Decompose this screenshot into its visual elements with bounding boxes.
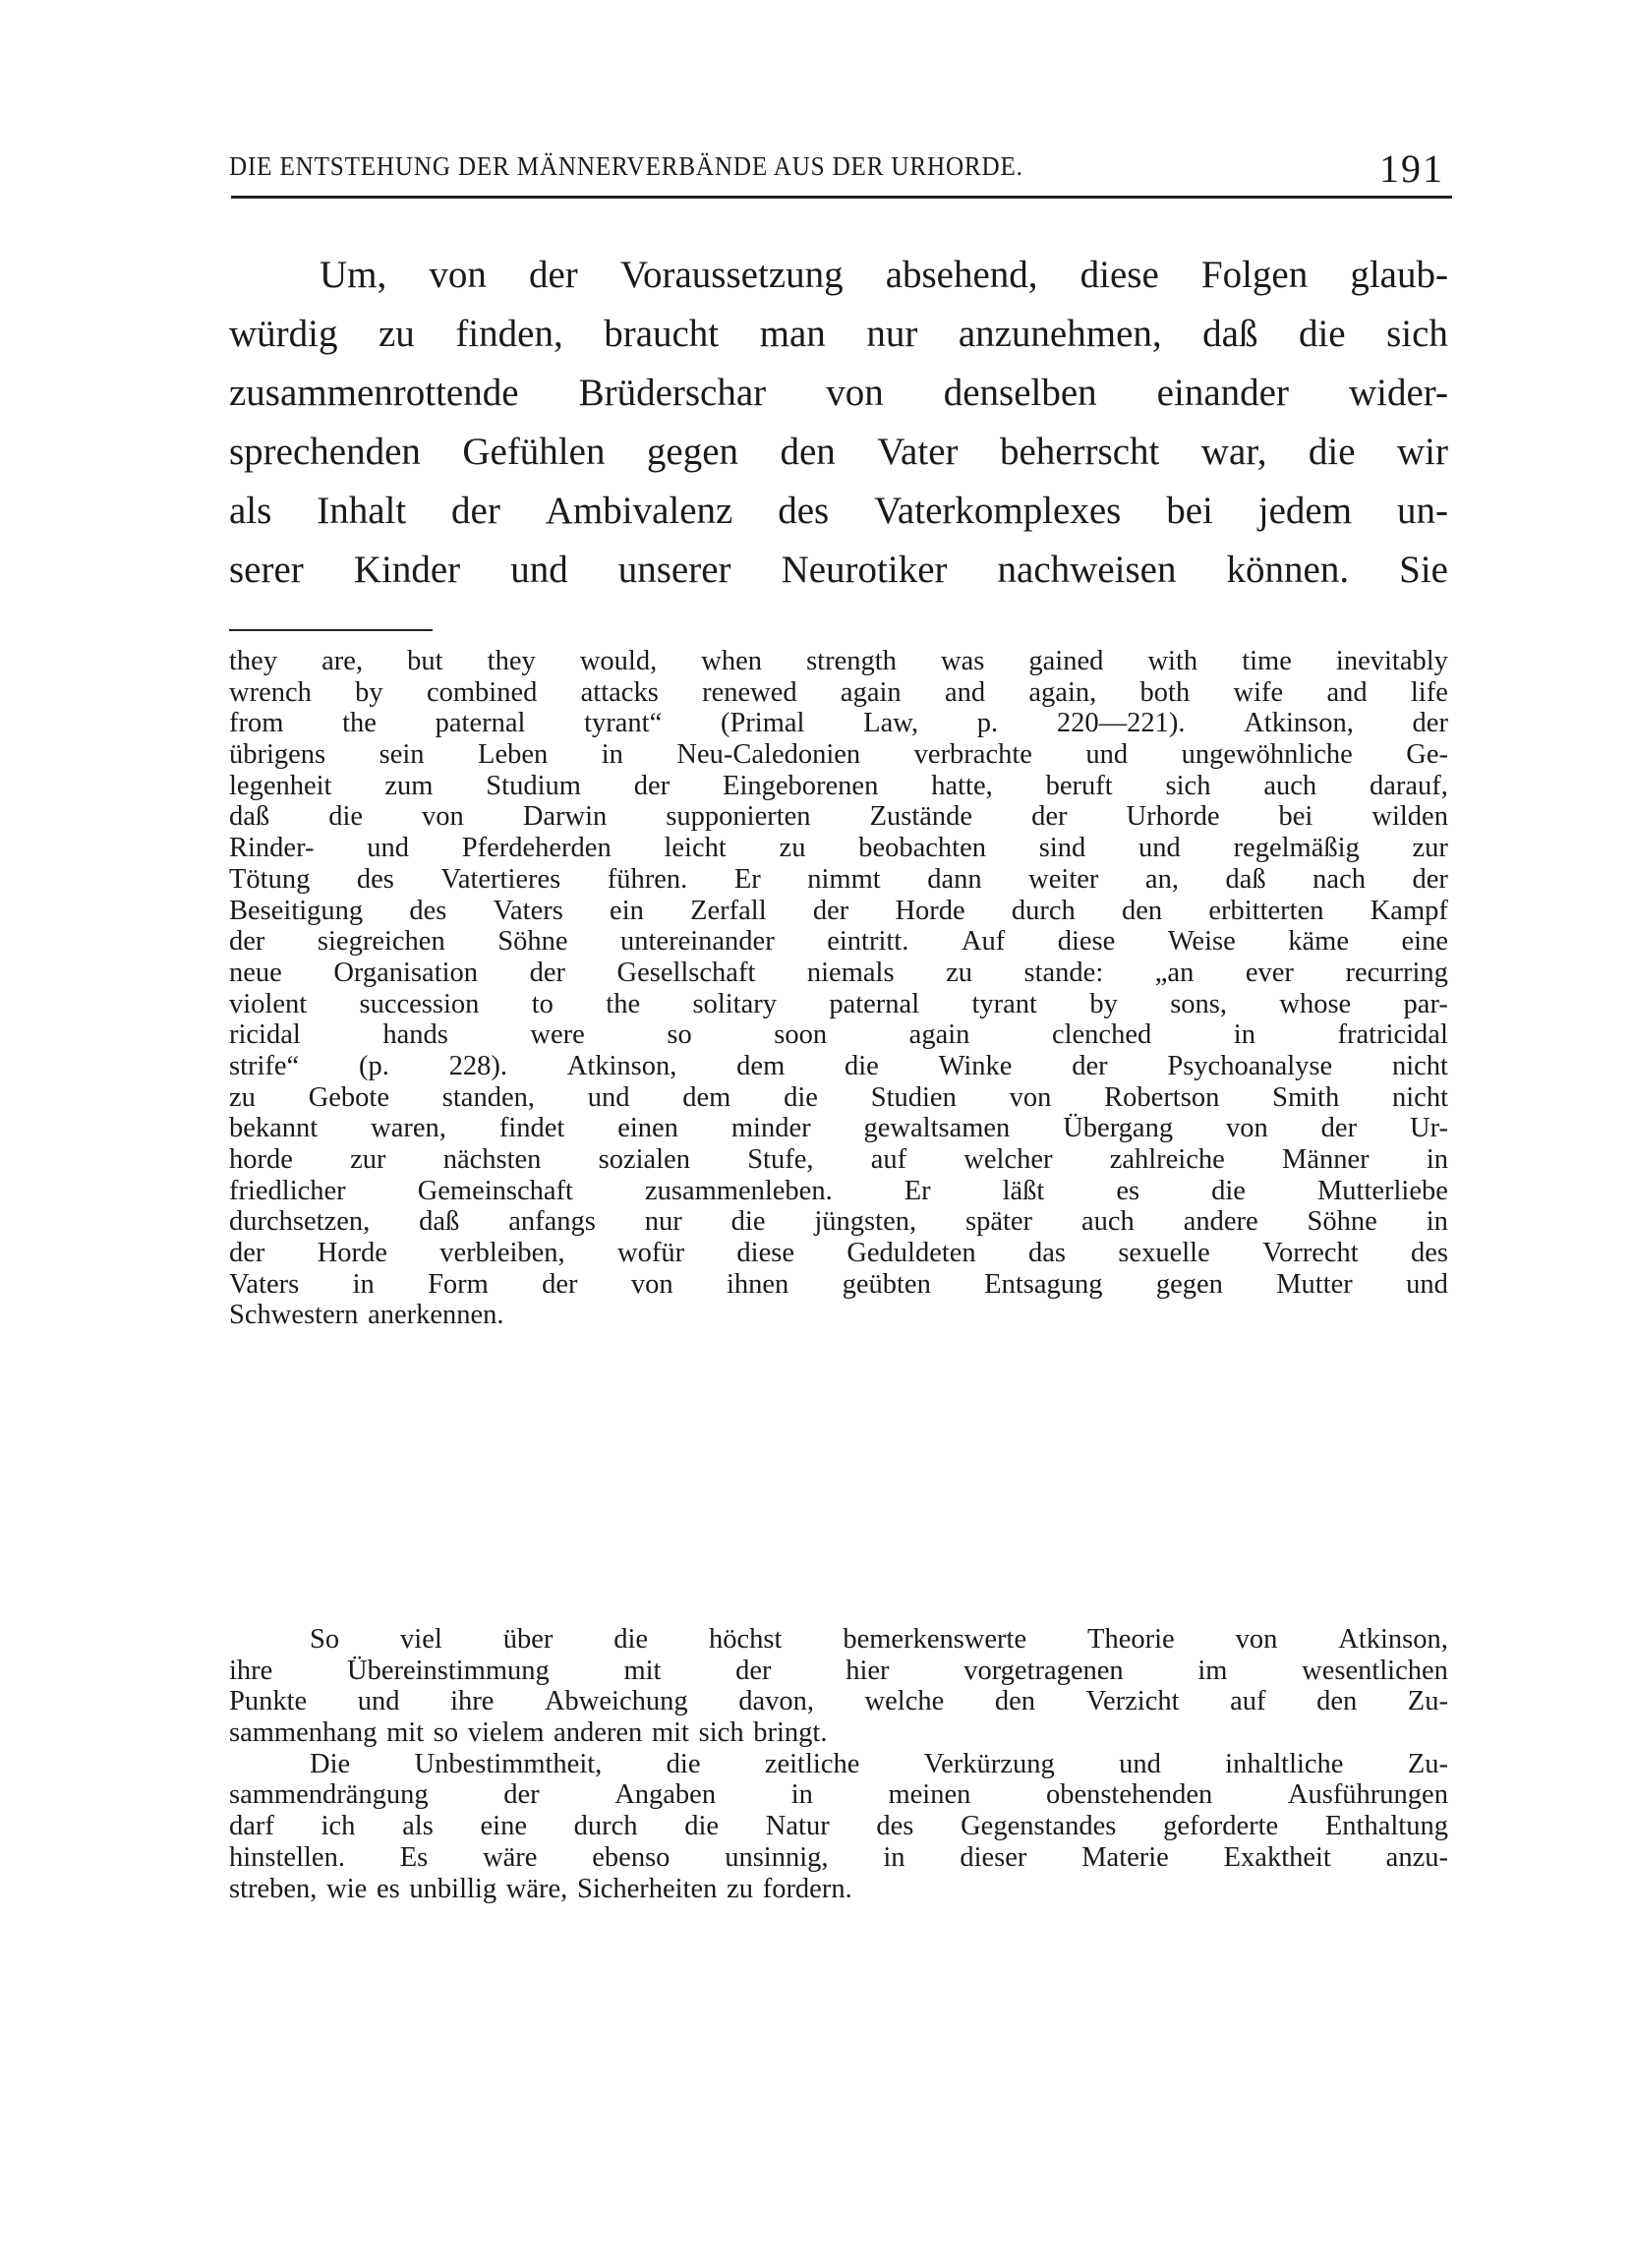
word: glaub-: [1350, 246, 1448, 305]
word: der: [1413, 708, 1448, 739]
word: daß: [229, 801, 269, 833]
text-line: darfichalseinedurchdieNaturdesGegenstand…: [229, 1811, 1448, 1842]
word: Mutter: [1276, 1269, 1353, 1301]
word: des: [876, 1811, 913, 1842]
footnote-line: neueOrganisationderGesellschaftniemalszu…: [229, 958, 1448, 989]
word: und: [1406, 1269, 1448, 1301]
word: beherrscht: [1000, 423, 1159, 482]
word: zur: [350, 1144, 385, 1176]
word: ricidal: [229, 1019, 301, 1051]
word: sexuelle: [1118, 1238, 1209, 1269]
word: die: [613, 1624, 648, 1656]
word: when: [701, 646, 762, 677]
word: dann: [927, 864, 981, 896]
word: attacks: [581, 677, 659, 709]
word: auf: [871, 1144, 906, 1176]
word: but: [407, 646, 442, 677]
word: ihre: [450, 1686, 494, 1717]
word: nicht: [1392, 1051, 1448, 1082]
footnote-line: Schwesternanerkennen.: [229, 1300, 1448, 1331]
footnote-line: bekanntwaren,findeteinenmindergewaltsame…: [229, 1113, 1448, 1144]
word: Natur: [766, 1811, 830, 1842]
word: die: [731, 1206, 766, 1238]
word: clenched: [1052, 1019, 1151, 1051]
word: an,: [1145, 864, 1179, 896]
word: Verzicht: [1086, 1686, 1180, 1717]
word: die: [328, 801, 363, 833]
word: combined: [427, 677, 537, 709]
word: Atkinson,: [567, 1051, 677, 1082]
word: Materie: [1081, 1842, 1169, 1874]
word: wilden: [1371, 801, 1448, 833]
word: Männer: [1282, 1144, 1370, 1176]
word: darauf,: [1370, 771, 1448, 802]
text-line: DieUnbestimmtheit,diezeitlicheVerkürzung…: [229, 1749, 1448, 1780]
word: als: [229, 482, 271, 541]
word: fordern.: [763, 1874, 852, 1905]
word: und: [358, 1686, 400, 1717]
word: 220—221).: [1057, 708, 1186, 739]
word: ebenso: [592, 1842, 670, 1874]
text-line: ihreÜbereinstimmungmitderhiervorgetragen…: [229, 1656, 1448, 1687]
word: die: [1309, 423, 1356, 482]
word: (p.: [359, 1051, 389, 1082]
word: von: [1010, 1082, 1052, 1114]
word: Punkte: [229, 1686, 307, 1717]
word: streben,: [229, 1874, 317, 1905]
word: eine: [1402, 926, 1448, 958]
word: der: [529, 246, 578, 305]
word: als: [402, 1811, 434, 1842]
word: höchst: [709, 1624, 782, 1656]
word: leicht: [664, 833, 726, 864]
word: p.: [977, 708, 998, 739]
word: sons,: [1170, 989, 1227, 1020]
word: würdig: [229, 305, 338, 364]
word: Stufe,: [747, 1144, 813, 1176]
word: Gegenstandes: [961, 1811, 1116, 1842]
word: Winke: [939, 1051, 1013, 1082]
word: Gemeinschaft: [418, 1176, 573, 1207]
word: „an: [1155, 958, 1195, 989]
word: Gefühlen: [462, 423, 605, 482]
word: der: [542, 1269, 577, 1301]
word: tyrant: [971, 989, 1036, 1020]
word: un-: [1397, 482, 1448, 541]
word: ein: [610, 896, 644, 927]
word: dem: [682, 1082, 730, 1114]
word: war,: [1201, 423, 1267, 482]
footnote-line: durchsetzen,daßanfangsnurdiejüngsten,spä…: [229, 1206, 1448, 1238]
word: einander: [1157, 364, 1289, 423]
word: der: [1031, 801, 1067, 833]
word: in: [353, 1269, 375, 1301]
word: Atkinson,: [1244, 708, 1354, 739]
word: Law,: [863, 708, 918, 739]
word: zu: [379, 305, 415, 364]
word: in: [883, 1842, 904, 1874]
word: auch: [1081, 1206, 1135, 1238]
word: Ambivalenz: [546, 482, 733, 541]
word: meinen: [888, 1779, 970, 1811]
word: nur: [866, 305, 917, 364]
word: Zerfall: [690, 896, 767, 927]
text-line: sammenhangmitsovielemanderenmitsichbring…: [229, 1717, 1448, 1749]
text-line: Um,vonderVoraussetzungabsehend,dieseFolg…: [229, 246, 1448, 305]
closing-paragraphs: SovielüberdiehöchstbemerkenswerteTheorie…: [229, 1624, 1448, 1904]
word: denselben: [944, 364, 1097, 423]
word: von: [631, 1269, 673, 1301]
footnote-line: friedlicherGemeinschaftzusammenleben.Erl…: [229, 1176, 1448, 1207]
word: strife“: [229, 1051, 299, 1082]
word: (Primal: [721, 708, 805, 739]
word: paternal: [436, 708, 526, 739]
word: auch: [1263, 771, 1316, 802]
word: niemals: [807, 958, 895, 989]
word: Verkürzung: [924, 1749, 1055, 1780]
word: wrench: [229, 677, 312, 709]
word: sind: [1039, 833, 1086, 864]
word: beobachten: [858, 833, 986, 864]
word: gained: [1028, 646, 1103, 677]
word: der: [1413, 864, 1448, 896]
word: recurring: [1345, 958, 1447, 989]
footnote-line: strife“(p.228).Atkinson,demdieWinkederPs…: [229, 1051, 1448, 1082]
word: fratricidal: [1338, 1019, 1448, 1051]
word: Geduldeten: [846, 1238, 975, 1269]
word: und: [588, 1082, 630, 1114]
word: neue: [229, 958, 282, 989]
word: wife: [1234, 677, 1284, 709]
word: was: [941, 646, 984, 677]
word: Horde: [895, 896, 964, 927]
word: gegen: [1156, 1269, 1223, 1301]
word: davon,: [738, 1686, 814, 1717]
word: Urhorde: [1127, 801, 1220, 833]
word: minder: [731, 1113, 811, 1144]
footnote-line: übrigensseinLebeninNeu-Caledonienverbrac…: [229, 739, 1448, 771]
word: Vaters: [494, 896, 563, 927]
word: are,: [321, 646, 363, 677]
word: von: [1226, 1113, 1268, 1144]
word: the: [606, 989, 640, 1020]
word: soon: [774, 1019, 827, 1051]
word: Voraussetzung: [620, 246, 844, 305]
text-line: streben,wieesunbilligwäre,Sicherheitenzu…: [229, 1874, 1448, 1905]
word: auf: [1230, 1686, 1265, 1717]
word: durch: [1012, 896, 1076, 927]
word: geübten: [843, 1269, 931, 1301]
word: Neurotiker: [782, 541, 948, 600]
word: dieser: [960, 1842, 1026, 1874]
word: unsinnig,: [725, 1842, 828, 1874]
word: den: [780, 423, 835, 482]
word: zu: [946, 958, 972, 989]
word: wider-: [1349, 364, 1448, 423]
word: weiter: [1028, 864, 1098, 896]
word: Studien: [871, 1082, 957, 1114]
word: wesentlichen: [1302, 1656, 1448, 1687]
running-head-title: DIE ENTSTEHUNG DER MÄNNERVERBÄNDE AUS DE…: [229, 151, 1023, 182]
word: und: [1138, 833, 1181, 864]
word: renewed: [702, 677, 797, 709]
word: zur: [1413, 833, 1448, 864]
word: siegreichen: [318, 926, 445, 958]
word: Unbestimmtheit,: [415, 1749, 603, 1780]
word: nimmt: [807, 864, 880, 896]
word: Söhne: [497, 926, 567, 958]
word: der: [229, 926, 264, 958]
word: and: [945, 677, 985, 709]
word: with: [1147, 646, 1197, 677]
word: die: [684, 1811, 719, 1842]
word: mit: [386, 1717, 424, 1749]
word: Ge-: [1406, 739, 1448, 771]
word: hatte,: [931, 771, 993, 802]
text-line: sammendrängungderAngabeninmeinenobensteh…: [229, 1779, 1448, 1811]
word: life: [1411, 677, 1448, 709]
word: der: [735, 1656, 771, 1687]
word: inevitably: [1336, 646, 1448, 677]
word: nachweisen: [998, 541, 1177, 600]
word: der: [530, 958, 565, 989]
word: jedem: [1258, 482, 1352, 541]
word: Pferdeherden: [462, 833, 612, 864]
word: ungewöhnliche: [1182, 739, 1353, 771]
word: können.: [1227, 541, 1350, 600]
word: Kampf: [1371, 896, 1448, 927]
word: zu: [727, 1874, 753, 1905]
footnote-line: theyare,buttheywould,whenstrengthwasgain…: [229, 646, 1448, 677]
word: to: [532, 989, 554, 1020]
word: wäre,: [506, 1874, 568, 1905]
word: ihnen: [727, 1269, 788, 1301]
word: Vaters: [229, 1269, 299, 1301]
word: whose: [1279, 989, 1351, 1020]
word: would,: [580, 646, 657, 677]
word: friedlicher: [229, 1176, 346, 1207]
word: Er: [734, 864, 761, 896]
word: vielem: [468, 1717, 545, 1749]
word: beruft: [1046, 771, 1113, 802]
word: Kinder: [354, 541, 460, 600]
word: Gesellschaft: [617, 958, 756, 989]
word: again: [909, 1019, 970, 1051]
word: Um,: [320, 246, 386, 305]
word: käme: [1288, 926, 1349, 958]
word: nicht: [1392, 1082, 1448, 1114]
word: Ur-: [1410, 1113, 1448, 1144]
word: Beseitigung: [229, 896, 363, 927]
word: Übereinstimmung: [347, 1656, 550, 1687]
word: legenheit: [229, 771, 331, 802]
word: jüngsten,: [814, 1206, 916, 1238]
word: sich: [1166, 771, 1211, 802]
word: den: [995, 1686, 1035, 1717]
word: von: [1236, 1624, 1278, 1656]
word: in: [791, 1779, 813, 1811]
word: darf: [229, 1811, 274, 1842]
word: von: [826, 364, 884, 423]
word: zu: [229, 1082, 256, 1114]
word: ever: [1246, 958, 1294, 989]
text-line: PunkteundihreAbweichungdavon,welchedenVe…: [229, 1686, 1448, 1717]
word: Folgen: [1201, 246, 1308, 305]
word: und: [510, 541, 568, 600]
text-line: alsInhaltderAmbivalenzdesVaterkomplexesb…: [229, 482, 1448, 541]
word: zum: [384, 771, 433, 802]
word: par-: [1404, 989, 1448, 1020]
word: wie: [326, 1874, 367, 1905]
word: Rinder-: [229, 833, 315, 864]
word: im: [1197, 1656, 1227, 1687]
word: nach: [1312, 864, 1366, 896]
word: Die: [310, 1749, 350, 1780]
word: both: [1140, 677, 1191, 709]
word: Er: [904, 1176, 931, 1207]
word: diese: [736, 1238, 794, 1269]
footnote-line: derHordeverbleiben,wofürdieseGeduldetend…: [229, 1238, 1448, 1269]
word: des: [778, 482, 829, 541]
footnote-line: BeseitigungdesVaterseinZerfallderHordedu…: [229, 896, 1448, 927]
word: andere: [1184, 1206, 1258, 1238]
word: serer: [229, 541, 304, 600]
word: stande:: [1024, 958, 1104, 989]
word: Vatertieres: [440, 864, 560, 896]
word: Entsagung: [984, 1269, 1102, 1301]
word: den: [1122, 896, 1162, 927]
word: Neu-Caledonien: [676, 739, 860, 771]
word: Robertson: [1104, 1082, 1219, 1114]
word: welcher: [963, 1144, 1052, 1176]
word: anzunehmen,: [959, 305, 1162, 364]
word: eine: [481, 1811, 527, 1842]
word: Sie: [1399, 541, 1448, 600]
word: strength: [806, 646, 897, 677]
word: Schwestern: [229, 1300, 358, 1331]
word: von: [429, 246, 487, 305]
word: violent: [229, 989, 307, 1020]
word: sammenhang: [229, 1717, 377, 1749]
word: paternal: [829, 989, 919, 1020]
footnote-line: TötungdesVatertieresführen.Ernimmtdannwe…: [229, 864, 1448, 896]
word: und: [1085, 739, 1128, 771]
word: standen,: [442, 1082, 535, 1114]
word: bei: [1166, 482, 1213, 541]
text-line: zusammenrottendeBrüderscharvondenselbene…: [229, 364, 1448, 423]
footnote-line: dersiegreichenSöhneuntereinandereintritt…: [229, 926, 1448, 958]
word: they: [229, 646, 277, 677]
word: bei: [1279, 801, 1313, 833]
word: und: [367, 833, 409, 864]
word: bringt.: [753, 1717, 827, 1749]
word: durch: [574, 1811, 638, 1842]
word: zusammenrottende: [229, 364, 519, 423]
word: welche: [865, 1686, 945, 1717]
word: ich: [321, 1811, 356, 1842]
word: das: [1028, 1238, 1066, 1269]
main-paragraph: Um,vonderVoraussetzungabsehend,dieseFolg…: [229, 246, 1448, 600]
word: Zu-: [1408, 1749, 1448, 1780]
word: erbitterten: [1208, 896, 1323, 927]
word: sammendrängung: [229, 1779, 429, 1811]
word: es: [1116, 1176, 1139, 1207]
word: durchsetzen,: [229, 1206, 370, 1238]
word: Enthaltung: [1325, 1811, 1448, 1842]
word: von: [422, 801, 464, 833]
word: wäre: [483, 1842, 537, 1874]
word: horde: [229, 1144, 293, 1176]
header-rule: [231, 196, 1452, 199]
footnote: theyare,buttheywould,whenstrengthwasgain…: [229, 646, 1448, 1331]
word: sprechenden: [229, 423, 421, 482]
footnote-line: legenheitzumStudiumderEingeborenenhatte,…: [229, 771, 1448, 802]
word: der: [813, 896, 848, 927]
word: 228).: [449, 1051, 507, 1082]
footnote-line: hordezurnächstensozialenStufe,aufwelcher…: [229, 1144, 1448, 1176]
word: die: [1211, 1176, 1246, 1207]
word: der: [503, 1779, 539, 1811]
word: gegen: [647, 423, 738, 482]
word: Tötung: [229, 864, 310, 896]
word: Theorie: [1087, 1624, 1175, 1656]
word: der: [634, 771, 670, 802]
word: Vorrecht: [1262, 1238, 1359, 1269]
word: Exaktheit: [1224, 1842, 1331, 1874]
word: dem: [736, 1051, 785, 1082]
word: zu: [780, 833, 806, 864]
word: absehend,: [886, 246, 1038, 305]
word: mit: [652, 1717, 689, 1749]
word: hier: [846, 1656, 889, 1687]
word: mit: [623, 1656, 661, 1687]
word: the: [342, 708, 377, 739]
word: Vater: [877, 423, 958, 482]
word: des: [1411, 1238, 1448, 1269]
word: in: [1427, 1144, 1448, 1176]
footnote-line: violentsuccessiontothesolitarypaternalty…: [229, 989, 1448, 1020]
text-line: sererKinderundunsererNeurotikernachweise…: [229, 541, 1448, 600]
word: den: [1316, 1686, 1357, 1717]
word: vorgetragenen: [963, 1656, 1123, 1687]
word: Auf: [962, 926, 1005, 958]
footnote-line: daßdievonDarwinsupponiertenZuständederUr…: [229, 801, 1448, 833]
word: in: [1234, 1019, 1255, 1051]
word: Es: [400, 1842, 429, 1874]
word: wir: [1397, 423, 1448, 482]
word: in: [602, 739, 623, 771]
word: Leben: [478, 739, 548, 771]
word: Angaben: [614, 1779, 716, 1811]
page-number: 191: [1379, 145, 1444, 192]
word: and: [1326, 677, 1367, 709]
word: waren,: [371, 1113, 446, 1144]
word: hands: [382, 1019, 448, 1051]
word: succession: [360, 989, 480, 1020]
word: obenstehenden: [1046, 1779, 1212, 1811]
word: der: [451, 482, 500, 541]
word: Vaterkomplexes: [874, 482, 1121, 541]
word: übrigens: [229, 739, 325, 771]
word: braucht: [604, 305, 719, 364]
word: So: [310, 1624, 339, 1656]
word: unserer: [618, 541, 731, 600]
word: Studium: [486, 771, 581, 802]
word: hinstellen.: [229, 1842, 345, 1874]
word: diese: [1058, 926, 1116, 958]
word: tyrant“: [584, 708, 662, 739]
word: again,: [1028, 677, 1096, 709]
